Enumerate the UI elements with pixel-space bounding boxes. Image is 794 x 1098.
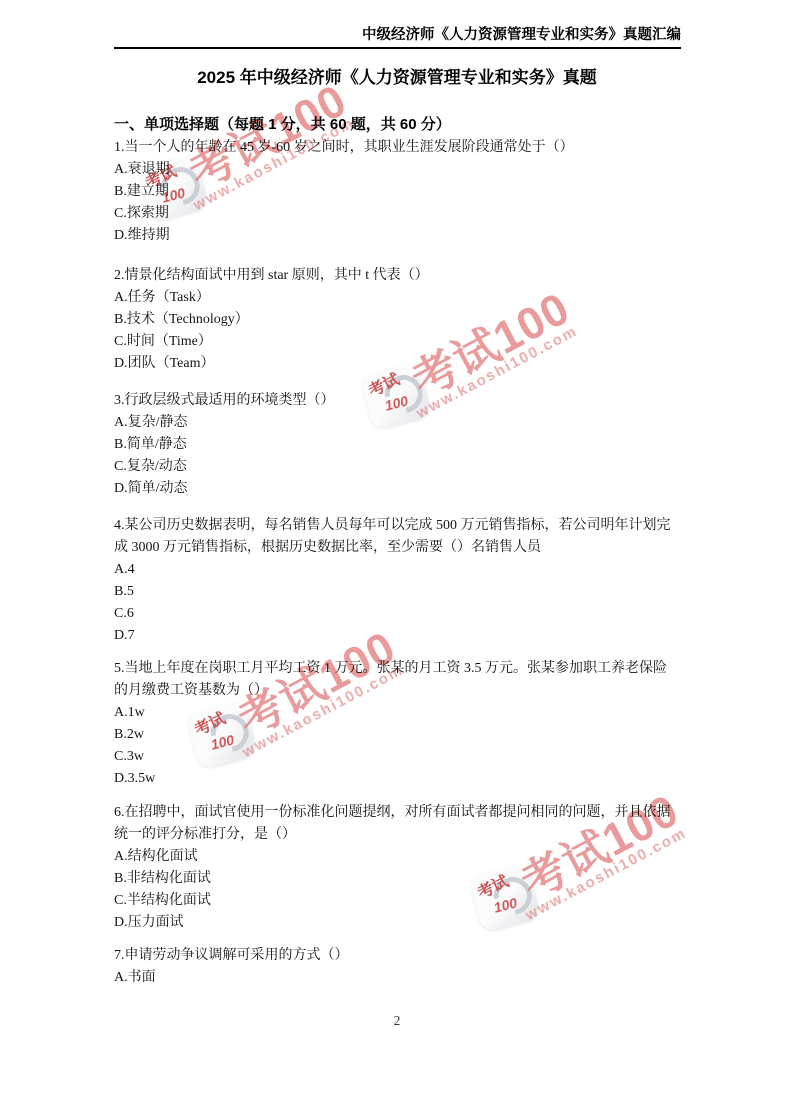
option-c: C.3w xyxy=(114,746,681,768)
option-b: B.5 xyxy=(114,581,681,603)
header-divider xyxy=(114,47,681,49)
option-a: A.任务（Task） xyxy=(114,287,681,309)
page-number: 2 xyxy=(0,1013,794,1029)
question-text: 7.申请劳动争议调解可采用的方式（） xyxy=(114,945,681,967)
option-a: A.复杂/静态 xyxy=(114,412,681,434)
option-c: C.6 xyxy=(114,603,681,625)
option-c: C.探索期 xyxy=(114,203,681,225)
option-d: D.7 xyxy=(114,625,681,647)
option-b: B.非结构化面试 xyxy=(114,868,681,890)
document-body: 一、单项选择题（每题 1 分，共 60 题，共 60 分） 1.当一个人的年龄在… xyxy=(114,113,681,989)
question-text: 2.情景化结构面试中用到 star 原则，其中 t 代表（） xyxy=(114,265,681,287)
option-b: B.技术（Technology） xyxy=(114,309,681,331)
question-block: 2.情景化结构面试中用到 star 原则，其中 t 代表（） A.任务（Task… xyxy=(114,265,681,375)
section-heading: 一、单项选择题（每题 1 分，共 60 题，共 60 分） xyxy=(114,113,681,137)
option-a: A.衰退期 xyxy=(114,159,681,181)
option-b: B.简单/静态 xyxy=(114,434,681,456)
question-text: 1.当一个人的年龄在 45 岁-60 岁之间时，其职业生涯发展阶段通常处于（） xyxy=(114,137,681,159)
option-a: A.结构化面试 xyxy=(114,846,681,868)
option-a: A.书面 xyxy=(114,967,681,989)
option-c: C.半结构化面试 xyxy=(114,890,681,912)
question-block: 1.当一个人的年龄在 45 岁-60 岁之间时，其职业生涯发展阶段通常处于（） … xyxy=(114,137,681,247)
option-a: A.4 xyxy=(114,559,681,581)
question-text: 6.在招聘中，面试官使用一份标准化问题提纲，对所有面试者都提问相同的问题，并且依… xyxy=(114,802,681,824)
option-d: D.维持期 xyxy=(114,225,681,247)
option-b: B.建立期 xyxy=(114,181,681,203)
question-text: 统一的评分标准打分，是（） xyxy=(114,824,681,846)
option-d: D.压力面试 xyxy=(114,912,681,934)
question-block: 7.申请劳动争议调解可采用的方式（） A.书面 xyxy=(114,945,681,989)
question-text: 成 3000 万元销售指标，根据历史数据比率，至少需要（）名销售人员 xyxy=(114,537,681,559)
option-b: B.2w xyxy=(114,724,681,746)
header-title: 中级经济师《人力资源管理专业和实务》真题汇编 xyxy=(114,26,681,44)
question-text: 4.某公司历史数据表明，每名销售人员每年可以完成 500 万元销售指标，若公司明… xyxy=(114,515,681,537)
question-text: 的月缴费工资基数为（） xyxy=(114,680,681,702)
document-title: 2025 年中级经济师《人力资源管理专业和实务》真题 xyxy=(0,67,794,89)
option-d: D.简单/动态 xyxy=(114,478,681,500)
option-c: C.时间（Time） xyxy=(114,331,681,353)
option-d: D.3.5w xyxy=(114,768,681,790)
question-block: 6.在招聘中，面试官使用一份标准化问题提纲，对所有面试者都提问相同的问题，并且依… xyxy=(114,802,681,934)
option-c: C.复杂/动态 xyxy=(114,456,681,478)
page-header: 中级经济师《人力资源管理专业和实务》真题汇编 xyxy=(114,26,681,49)
question-text: 5.当地上年度在岗职工月平均工资 1 万元。张某的月工资 3.5 万元。张某参加… xyxy=(114,658,681,680)
option-a: A.1w xyxy=(114,702,681,724)
document-page: 中级经济师《人力资源管理专业和实务》真题汇编 2025 年中级经济师《人力资源管… xyxy=(0,0,794,1098)
question-block: 3.行政层级式最适用的环境类型（） A.复杂/静态 B.简单/静态 C.复杂/动… xyxy=(114,390,681,500)
question-block: 4.某公司历史数据表明，每名销售人员每年可以完成 500 万元销售指标，若公司明… xyxy=(114,515,681,647)
question-text: 3.行政层级式最适用的环境类型（） xyxy=(114,390,681,412)
question-block: 5.当地上年度在岗职工月平均工资 1 万元。张某的月工资 3.5 万元。张某参加… xyxy=(114,658,681,790)
option-d: D.团队（Team） xyxy=(114,353,681,375)
